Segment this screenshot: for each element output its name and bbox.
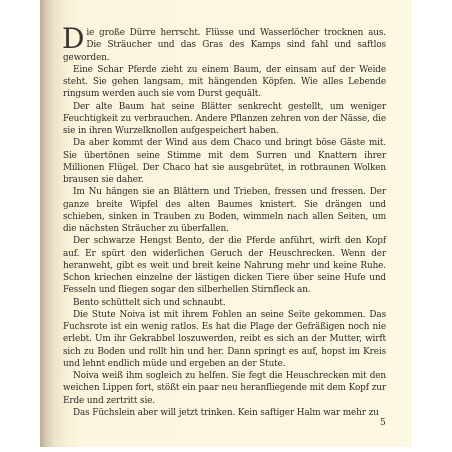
paragraph-7: Bento schüttelt sich und schnaubt. xyxy=(63,297,386,309)
body-text: Die große Dürre herrscht. Flüsse und Was… xyxy=(63,27,386,419)
paragraph-9: Noiva weiß ihm sogleich zu helfen. Sie f… xyxy=(63,370,386,407)
book-page: Die große Dürre herrscht. Flüsse und Was… xyxy=(40,0,412,447)
paragraph-2: Eine Schar Pferde zieht zu einem Baum, d… xyxy=(63,64,386,101)
paragraph-10: Das Füchslein aber will jetzt trinken. K… xyxy=(63,407,386,419)
paragraph-4: Da aber kommt der Wind aus dem Chaco und… xyxy=(63,137,386,186)
paragraph-5: Im Nu hängen sie an Blättern und Trieben… xyxy=(63,186,386,235)
paragraph-6: Der schwarze Hengst Bento, der die Pferd… xyxy=(63,235,386,296)
paragraph-1: Die große Dürre herrscht. Flüsse und Was… xyxy=(63,27,386,64)
paragraph-3: Der alte Baum hat seine Blätter senkrech… xyxy=(63,101,386,138)
drop-cap: D xyxy=(62,28,84,50)
page-number: 5 xyxy=(380,418,386,428)
paragraph-8: Die Stute Noiva ist mit ihrem Fohlen an … xyxy=(63,309,386,370)
